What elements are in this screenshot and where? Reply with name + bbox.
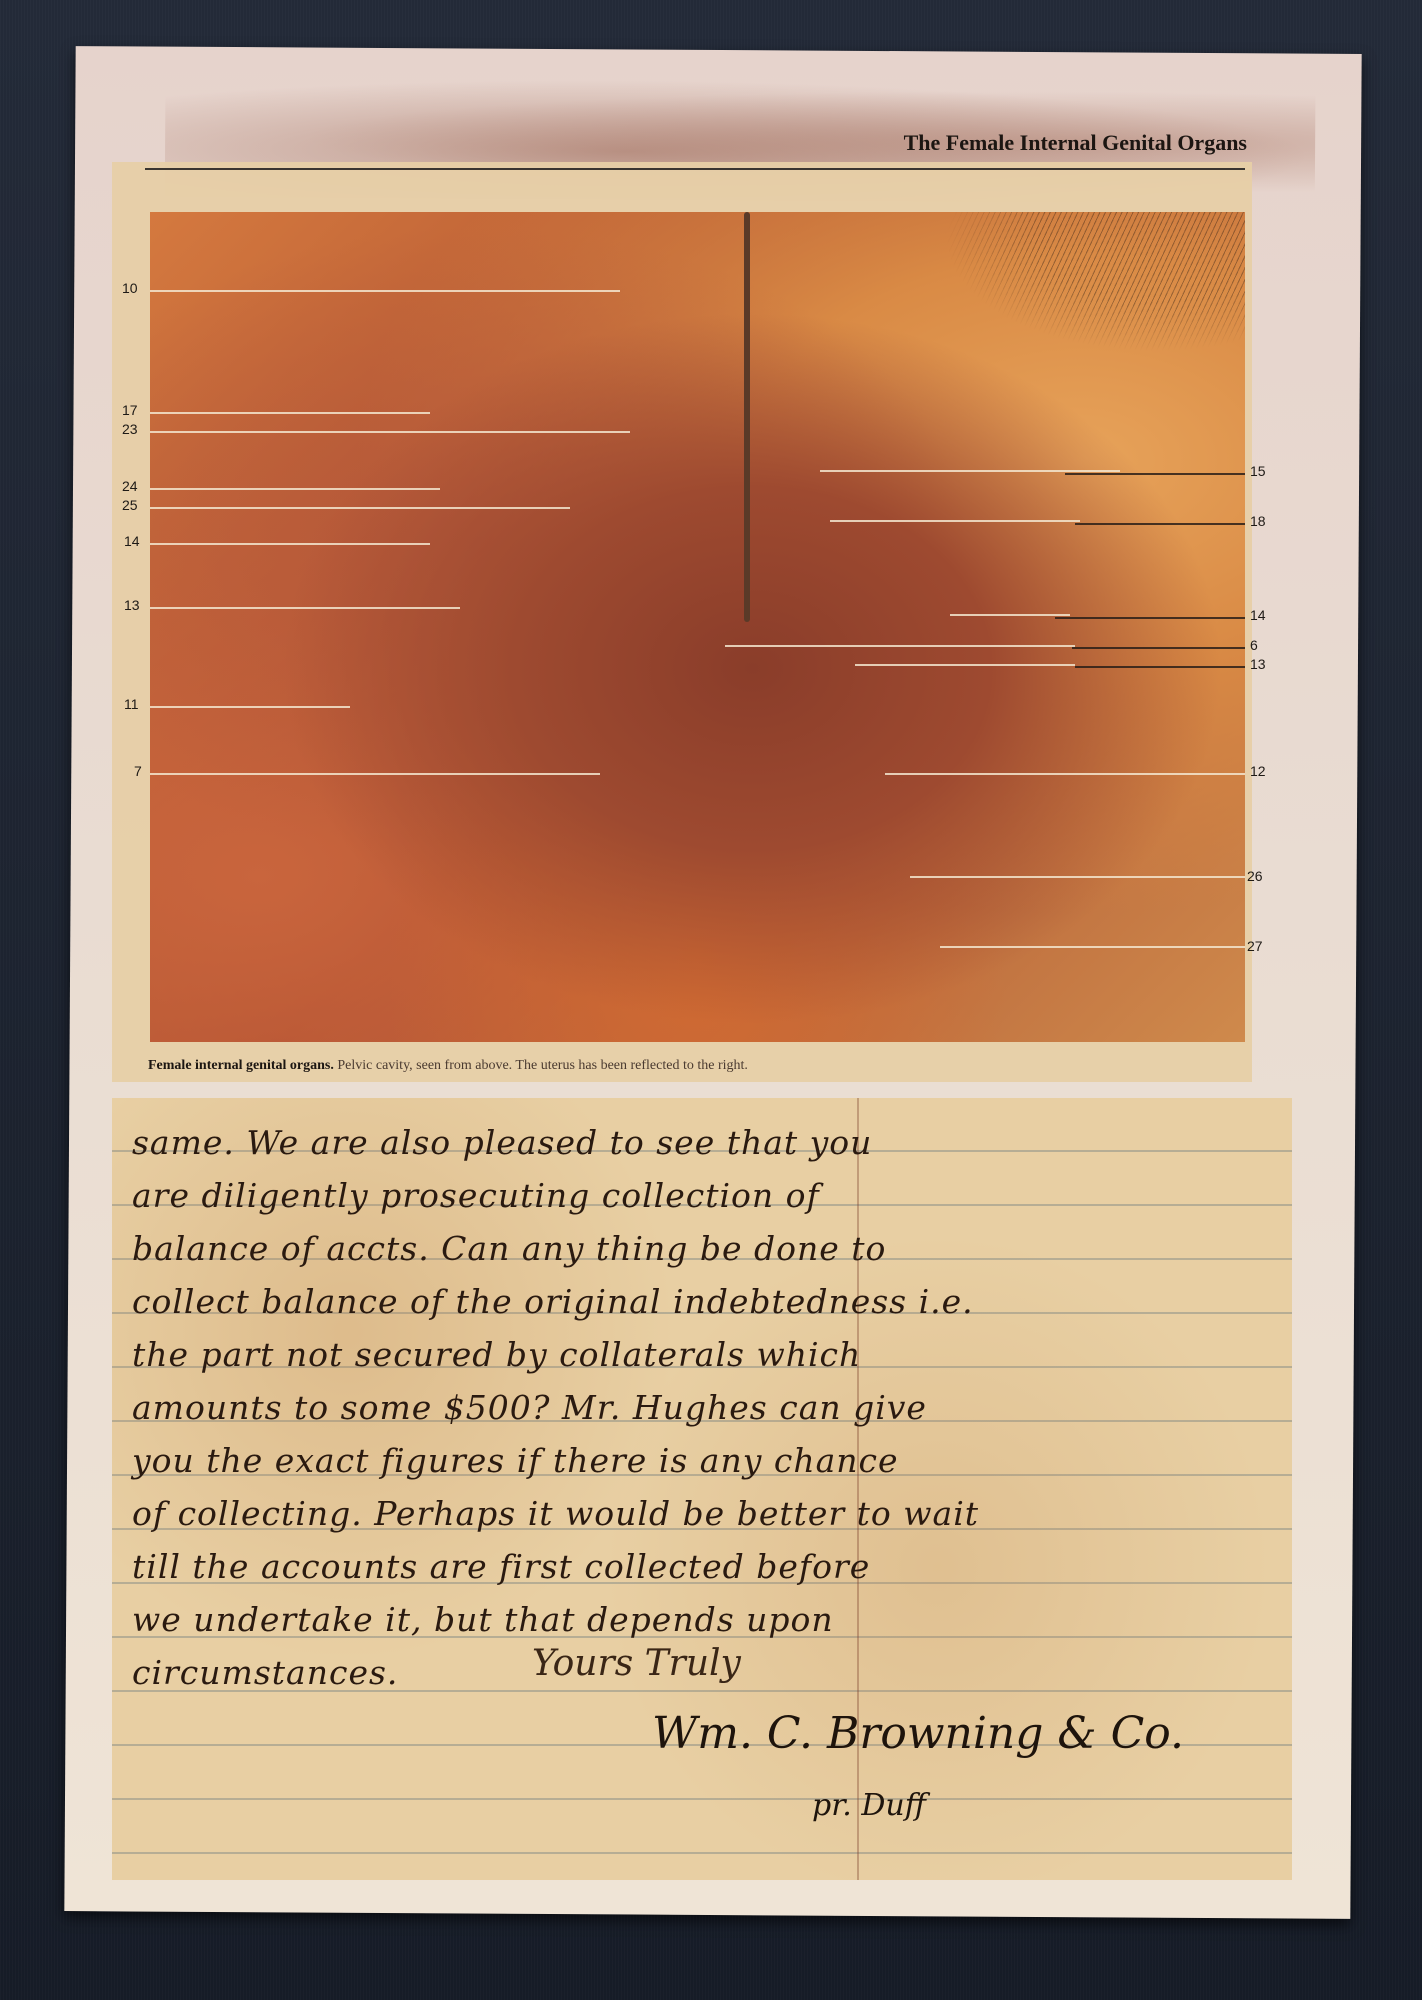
label-number: 10 — [122, 280, 138, 296]
label-number: 13 — [124, 597, 140, 613]
label-number: 27 — [1247, 938, 1263, 954]
leader-line — [150, 290, 620, 292]
label-number: 24 — [122, 478, 138, 494]
leader-line — [150, 543, 430, 545]
letter-line: same. We are also pleased to see that yo… — [132, 1116, 1272, 1169]
retractor-hook — [744, 212, 750, 622]
letter-line: of collecting. Perhaps it would be bette… — [132, 1487, 1272, 1540]
label-number: 14 — [1250, 607, 1266, 623]
print-caption: Female internal genital organs. Pelvic c… — [148, 1058, 748, 1074]
leader-line — [725, 645, 1075, 647]
leader-line — [150, 431, 630, 433]
leader-line — [1075, 523, 1245, 525]
leader-line — [830, 520, 1080, 522]
caption-text: Pelvic cavity, seen from above. The uter… — [334, 1058, 748, 1073]
letter-line: collect balance of the original indebted… — [132, 1275, 1272, 1328]
label-number: 14 — [124, 533, 140, 549]
leader-line — [885, 773, 1245, 775]
letter-signature: Wm. C. Browning & Co. — [652, 1708, 1184, 1759]
leader-line — [1055, 617, 1245, 619]
label-number: 7 — [134, 763, 142, 779]
leader-line — [940, 946, 1245, 948]
title-rule — [145, 168, 1245, 170]
letter-line: we undertake it, but that depends upon — [132, 1593, 1272, 1646]
letter-line: are diligently prosecuting collection of — [132, 1169, 1272, 1222]
label-number: 6 — [1250, 637, 1258, 653]
label-number: 13 — [1250, 656, 1266, 672]
leader-line — [150, 773, 600, 775]
handwritten-letter: same. We are also pleased to see that yo… — [112, 1098, 1292, 1880]
leader-line — [1065, 473, 1245, 475]
letter-line: you the exact figures if there is any ch… — [132, 1434, 1272, 1487]
letter-closing: Yours Truly — [532, 1643, 741, 1684]
label-number: 15 — [1250, 463, 1266, 479]
label-number: 11 — [124, 696, 139, 712]
letter-line: till the accounts are first collected be… — [132, 1540, 1272, 1593]
label-number: 26 — [1247, 868, 1263, 884]
letter-line: balance of accts. Can any thing be done … — [132, 1222, 1272, 1275]
letter-body: same. We are also pleased to see that yo… — [132, 1116, 1272, 1699]
leader-line — [820, 470, 1120, 472]
leader-line — [910, 876, 1245, 878]
letter-line: amounts to some $500? Mr. Hughes can giv… — [132, 1381, 1272, 1434]
leader-line — [150, 706, 350, 708]
label-number: 17 — [122, 402, 138, 418]
letter-line: the part not secured by collaterals whic… — [132, 1328, 1272, 1381]
hair-texture — [945, 212, 1245, 352]
leader-line — [150, 507, 570, 509]
signature-per: pr. Duff — [812, 1788, 926, 1823]
label-number: 23 — [122, 421, 138, 437]
leader-line — [950, 614, 1070, 616]
label-number: 25 — [122, 497, 138, 513]
label-number: 18 — [1250, 513, 1266, 529]
leader-line — [150, 412, 430, 414]
leader-line — [1072, 647, 1245, 649]
anatomical-photo — [150, 212, 1245, 1042]
caption-bold: Female internal genital organs. — [148, 1058, 334, 1073]
print-title: The Female Internal Genital Organs — [904, 130, 1247, 156]
leader-line — [150, 607, 460, 609]
label-number: 12 — [1250, 763, 1266, 779]
leader-line — [1075, 666, 1245, 668]
leader-line — [855, 664, 1075, 666]
leader-line — [150, 488, 440, 490]
